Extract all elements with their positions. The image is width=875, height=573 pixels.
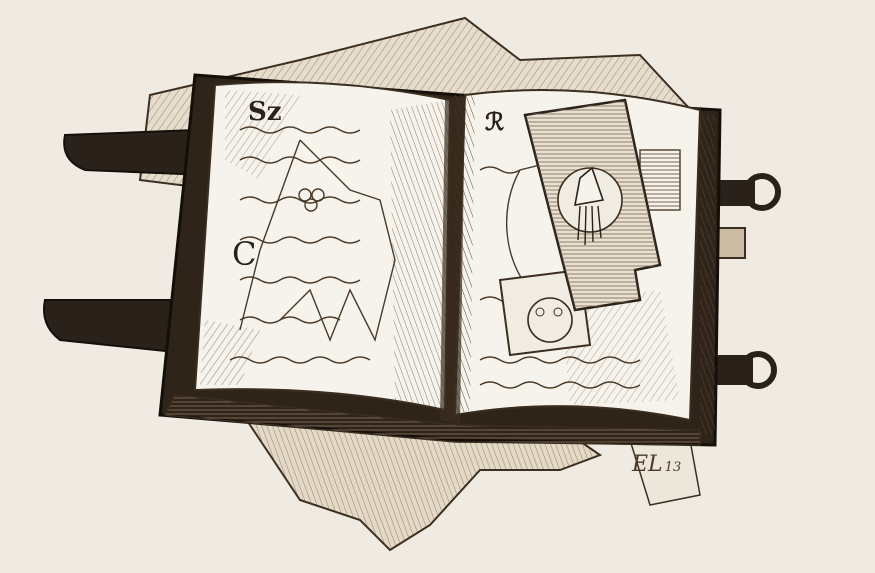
illustration-canvas: Sz C ℛ [0,0,875,573]
left-page-initial: C [232,235,256,273]
signature-monogram: EL [632,452,663,477]
left-page: Sz C [195,82,450,410]
artist-signature: EL13 [632,452,681,477]
right-page-glyph: ℛ [485,107,504,136]
right-page: ℛ [455,90,715,435]
book-drawing: Sz C ℛ [0,0,875,573]
left-page-glyph: Sz [248,97,282,127]
signature-year: 13 [665,460,682,475]
